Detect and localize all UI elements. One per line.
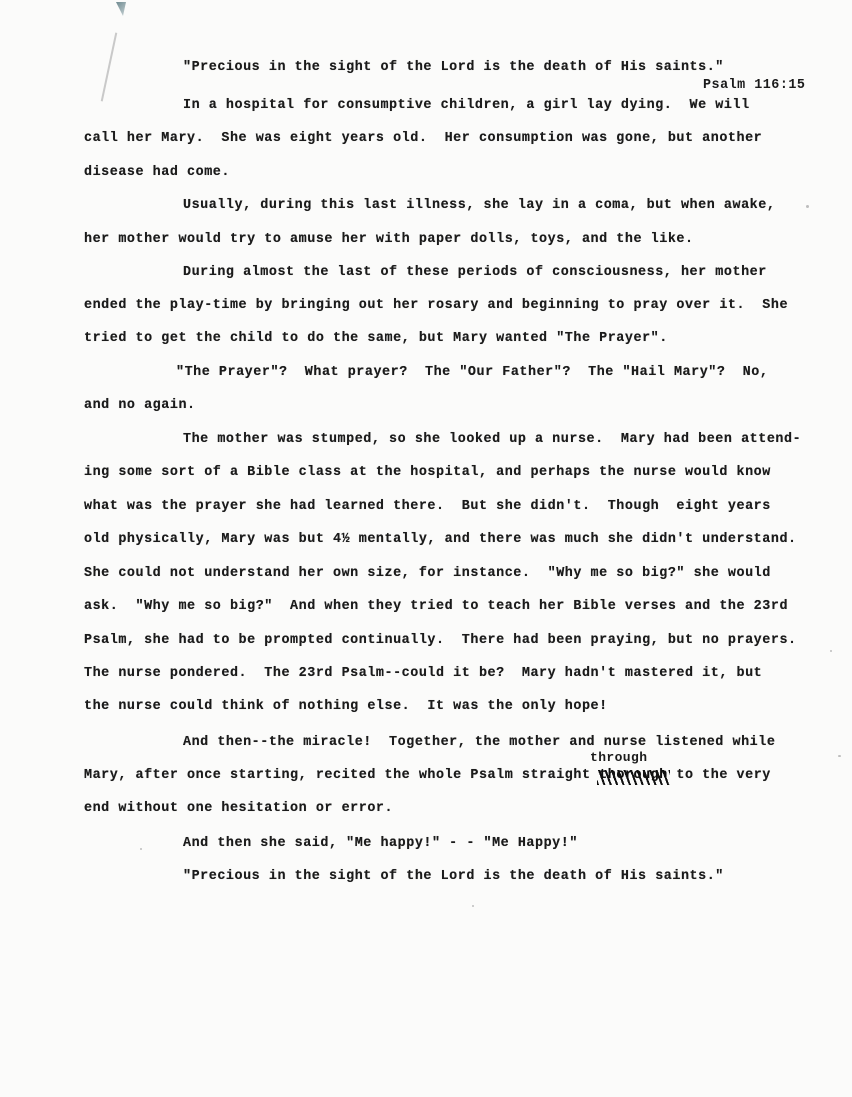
text-line: During almost the last of these periods … [183, 265, 767, 280]
text-line: And then she said, "Me happy!" - - "Me H… [183, 836, 578, 851]
handwritten-insertion: through [590, 750, 647, 765]
text-line: And then--the miracle! Together, the mot… [183, 735, 775, 750]
text-line: end without one hesitation or error. [84, 801, 393, 816]
text-line: ask. "Why me so big?" And when they trie… [84, 599, 788, 614]
text-line: "The Prayer"? What prayer? The "Our Fath… [176, 365, 768, 380]
text-line: her mother would try to amuse her with p… [84, 232, 694, 247]
struck-word: thorough [599, 768, 668, 783]
paper-speck [830, 650, 832, 652]
pencil-mark [101, 33, 118, 102]
staple-mark [116, 2, 126, 16]
text-line: In a hospital for consumptive children, … [183, 98, 750, 113]
text-line: call her Mary. She was eight years old. … [84, 131, 762, 146]
text-line: old physically, Mary was but 4½ mentally… [84, 532, 797, 547]
text-line-with-correction: Mary, after once starting, recited the w… [84, 768, 771, 783]
text-line: what was the prayer she had learned ther… [84, 499, 771, 514]
text-line: ing some sort of a Bible class at the ho… [84, 465, 771, 480]
text-line: tried to get the child to do the same, b… [84, 331, 668, 346]
epigraph-top: "Precious in the sight of the Lord is th… [183, 60, 724, 75]
text-line: The mother was stumped, so she looked up… [183, 432, 801, 447]
text-line: Usually, during this last illness, she l… [183, 198, 775, 213]
paper-speck [838, 755, 841, 757]
paper-speck [140, 848, 142, 850]
text-segment: Mary, after once starting, recited the w… [84, 768, 599, 783]
text-line: ended the play-time by bringing out her … [84, 298, 788, 313]
text-line: The nurse pondered. The 23rd Psalm--coul… [84, 666, 762, 681]
text-segment: to the very [668, 768, 771, 783]
text-line: the nurse could think of nothing else. I… [84, 699, 608, 714]
text-line: disease had come. [84, 165, 230, 180]
typed-page: "Precious in the sight of the Lord is th… [0, 0, 852, 1097]
text-line: She could not understand her own size, f… [84, 566, 771, 581]
scripture-reference: Psalm 116:15 [703, 78, 805, 93]
paper-speck [806, 205, 809, 208]
paper-speck [472, 905, 474, 907]
text-line: and no again. [84, 398, 196, 413]
epigraph-bottom: "Precious in the sight of the Lord is th… [183, 869, 724, 884]
text-line: Psalm, she had to be prompted continuall… [84, 633, 797, 648]
